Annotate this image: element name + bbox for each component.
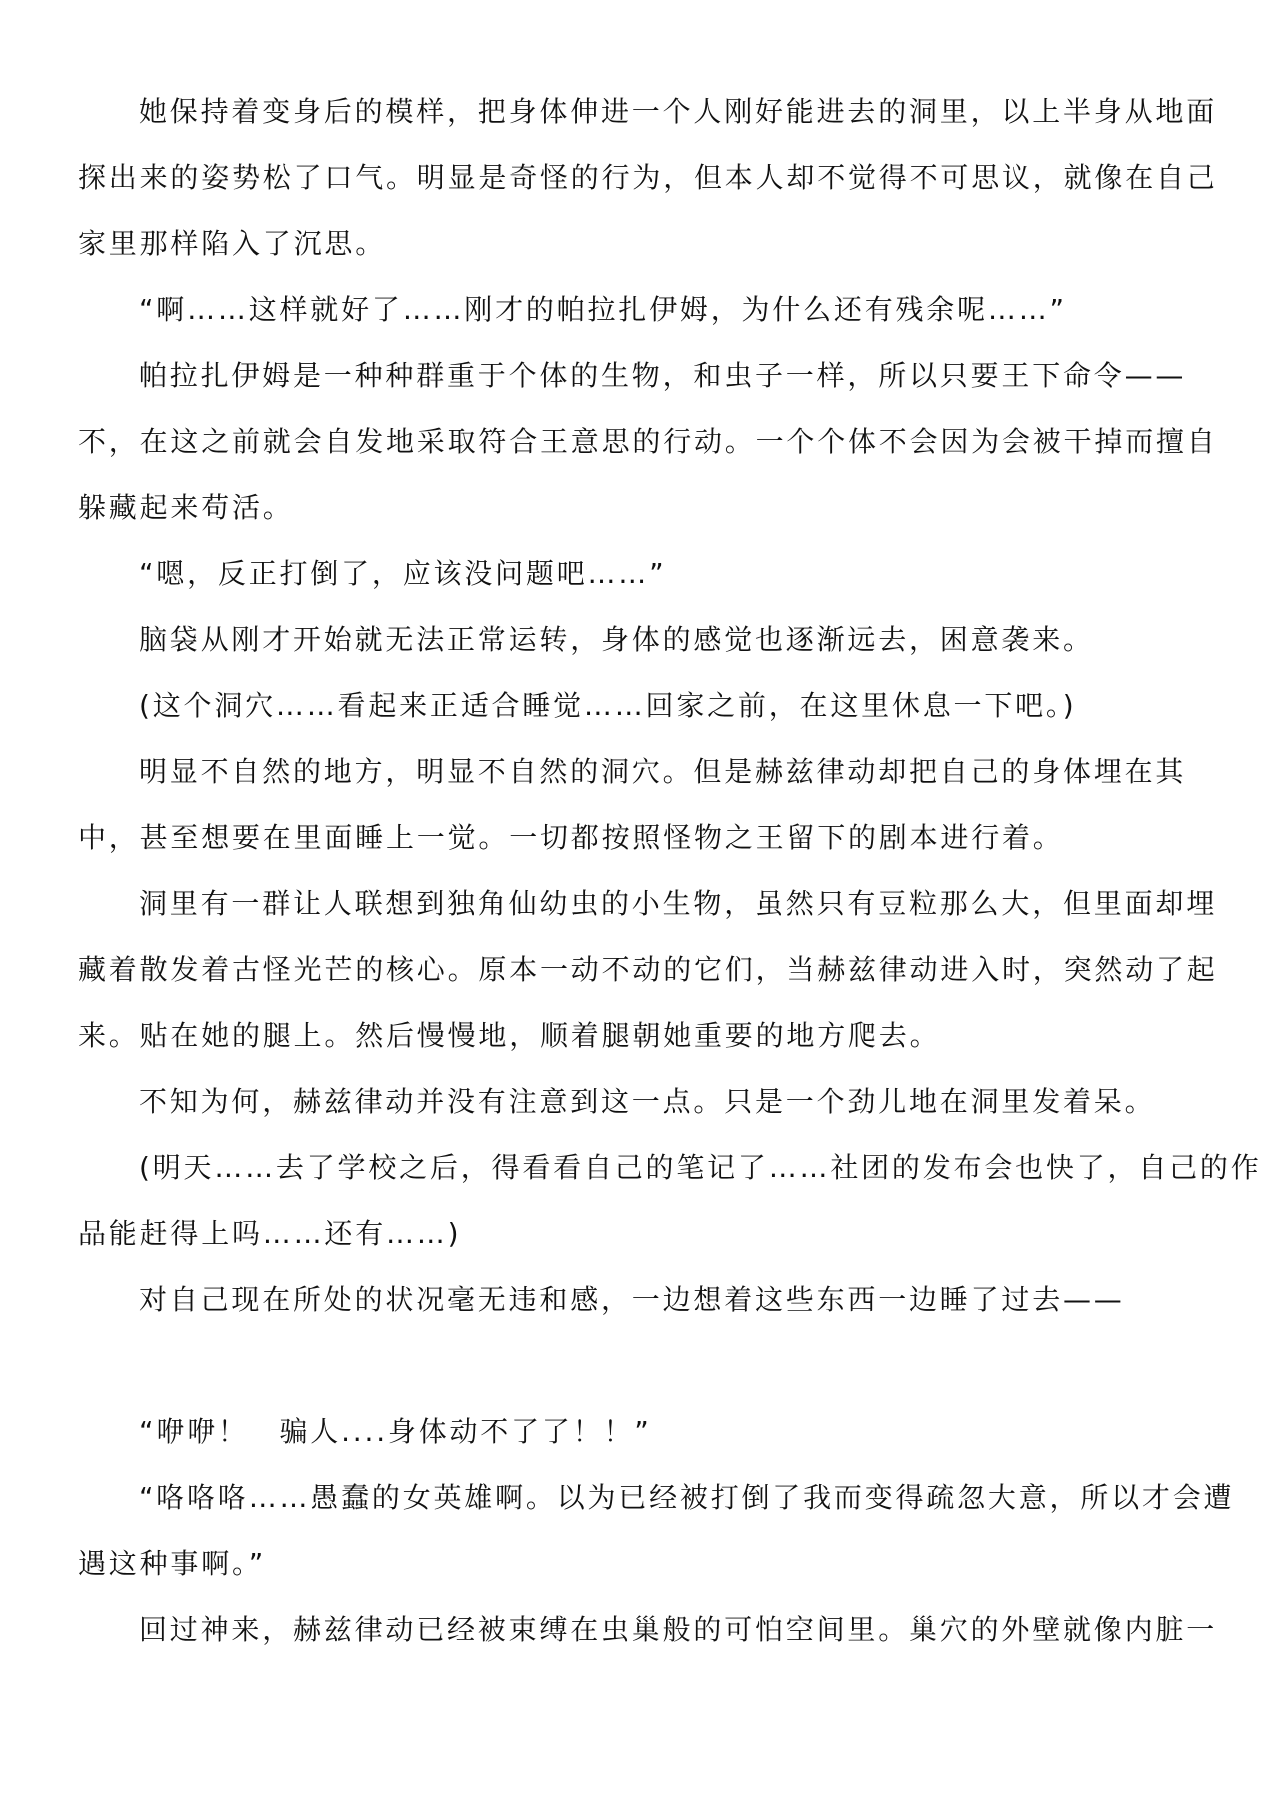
- text-line: 家里那样陷入了沉思。: [17, 211, 1208, 277]
- text-line: 遇这种事啊。”: [17, 1531, 1208, 1597]
- text-line: 不，在这之前就会自发地采取符合王意思的行动。一个个体不会因为会被干掉而擅自: [17, 409, 1208, 475]
- paragraph: 帕拉扎伊姆是一种种群重于个体的生物，和虫子一样，所以只要王下命令—— 不，在这之…: [78, 343, 1208, 541]
- text-line: 藏着散发着古怪光芒的核心。原本一动不动的它们，当赫兹律动进入时，突然动了起: [17, 937, 1208, 1003]
- text-line: “咿咿！ 骗人....身体动不了了！！”: [78, 1399, 1208, 1465]
- text-line: 她保持着变身后的模样，把身体伸进一个人刚好能进去的洞里，以上半身从地面: [78, 79, 1208, 145]
- paragraph: 不知为何，赫兹律动并没有注意到这一点。只是一个劲儿地在洞里发着呆。: [78, 1069, 1208, 1135]
- text-line: 回过神来，赫兹律动已经被束缚在虫巢般的可怕空间里。巢穴的外壁就像内脏一: [78, 1597, 1208, 1663]
- dialogue-paragraph: “咯咯咯……愚蠢的女英雄啊。以为已经被打倒了我而变得疏忽大意，所以才会遭 遇这种…: [78, 1465, 1208, 1597]
- paragraph: 她保持着变身后的模样，把身体伸进一个人刚好能进去的洞里，以上半身从地面 探出来的…: [78, 79, 1208, 277]
- text-line: (这个洞穴……看起来正适合睡觉……回家之前，在这里休息一下吧。): [78, 673, 1208, 739]
- text-line: 来。贴在她的腿上。然后慢慢地，顺着腿朝她重要的地方爬去。: [17, 1003, 1208, 1069]
- text-line: 探出来的姿势松了口气。明显是奇怪的行为，但本人却不觉得不可思议，就像在自己: [17, 145, 1208, 211]
- text-line: “咯咯咯……愚蠢的女英雄啊。以为已经被打倒了我而变得疏忽大意，所以才会遭: [78, 1465, 1208, 1531]
- dialogue-paragraph: “咿咿！ 骗人....身体动不了了！！”: [78, 1399, 1208, 1465]
- text-line: 中，甚至想要在里面睡上一觉。一切都按照怪物之王留下的剧本进行着。: [17, 805, 1208, 871]
- text-line: 躲藏起来苟活。: [17, 475, 1208, 541]
- dialogue-paragraph: “嗯，反正打倒了，应该没问题吧……”: [78, 541, 1208, 607]
- text-line: 不知为何，赫兹律动并没有注意到这一点。只是一个劲儿地在洞里发着呆。: [78, 1069, 1208, 1135]
- thought-paragraph: (明天……去了学校之后，得看看自己的笔记了……社团的发布会也快了，自己的作 品能…: [78, 1135, 1208, 1267]
- text-line: 品能赶得上吗……还有……): [17, 1201, 1208, 1267]
- document-page: 她保持着变身后的模样，把身体伸进一个人刚好能进去的洞里，以上半身从地面 探出来的…: [78, 79, 1208, 1663]
- text-line: 脑袋从刚才开始就无法正常运转，身体的感觉也逐渐远去，困意袭来。: [78, 607, 1208, 673]
- paragraph: 脑袋从刚才开始就无法正常运转，身体的感觉也逐渐远去，困意袭来。: [78, 607, 1208, 673]
- text-line: 明显不自然的地方，明显不自然的洞穴。但是赫兹律动却把自己的身体埋在其: [78, 739, 1208, 805]
- text-line: 对自己现在所处的状况毫无违和感，一边想着这些东西一边睡了过去——: [78, 1267, 1208, 1333]
- text-line: 帕拉扎伊姆是一种种群重于个体的生物，和虫子一样，所以只要王下命令——: [78, 343, 1208, 409]
- paragraph: 对自己现在所处的状况毫无违和感，一边想着这些东西一边睡了过去——: [78, 1267, 1208, 1333]
- scene-break: [78, 1333, 1208, 1399]
- text-line: (明天……去了学校之后，得看看自己的笔记了……社团的发布会也快了，自己的作: [78, 1135, 1208, 1201]
- text-line: 洞里有一群让人联想到独角仙幼虫的小生物，虽然只有豆粒那么大，但里面却埋: [78, 871, 1208, 937]
- text-line: “啊……这样就好了……刚才的帕拉扎伊姆，为什么还有残余呢……”: [78, 277, 1208, 343]
- text-line: “嗯，反正打倒了，应该没问题吧……”: [78, 541, 1208, 607]
- paragraph: 回过神来，赫兹律动已经被束缚在虫巢般的可怕空间里。巢穴的外壁就像内脏一: [78, 1597, 1208, 1663]
- paragraph: 洞里有一群让人联想到独角仙幼虫的小生物，虽然只有豆粒那么大，但里面却埋 藏着散发…: [78, 871, 1208, 1069]
- dialogue-paragraph: “啊……这样就好了……刚才的帕拉扎伊姆，为什么还有残余呢……”: [78, 277, 1208, 343]
- thought-paragraph: (这个洞穴……看起来正适合睡觉……回家之前，在这里休息一下吧。): [78, 673, 1208, 739]
- paragraph: 明显不自然的地方，明显不自然的洞穴。但是赫兹律动却把自己的身体埋在其 中，甚至想…: [78, 739, 1208, 871]
